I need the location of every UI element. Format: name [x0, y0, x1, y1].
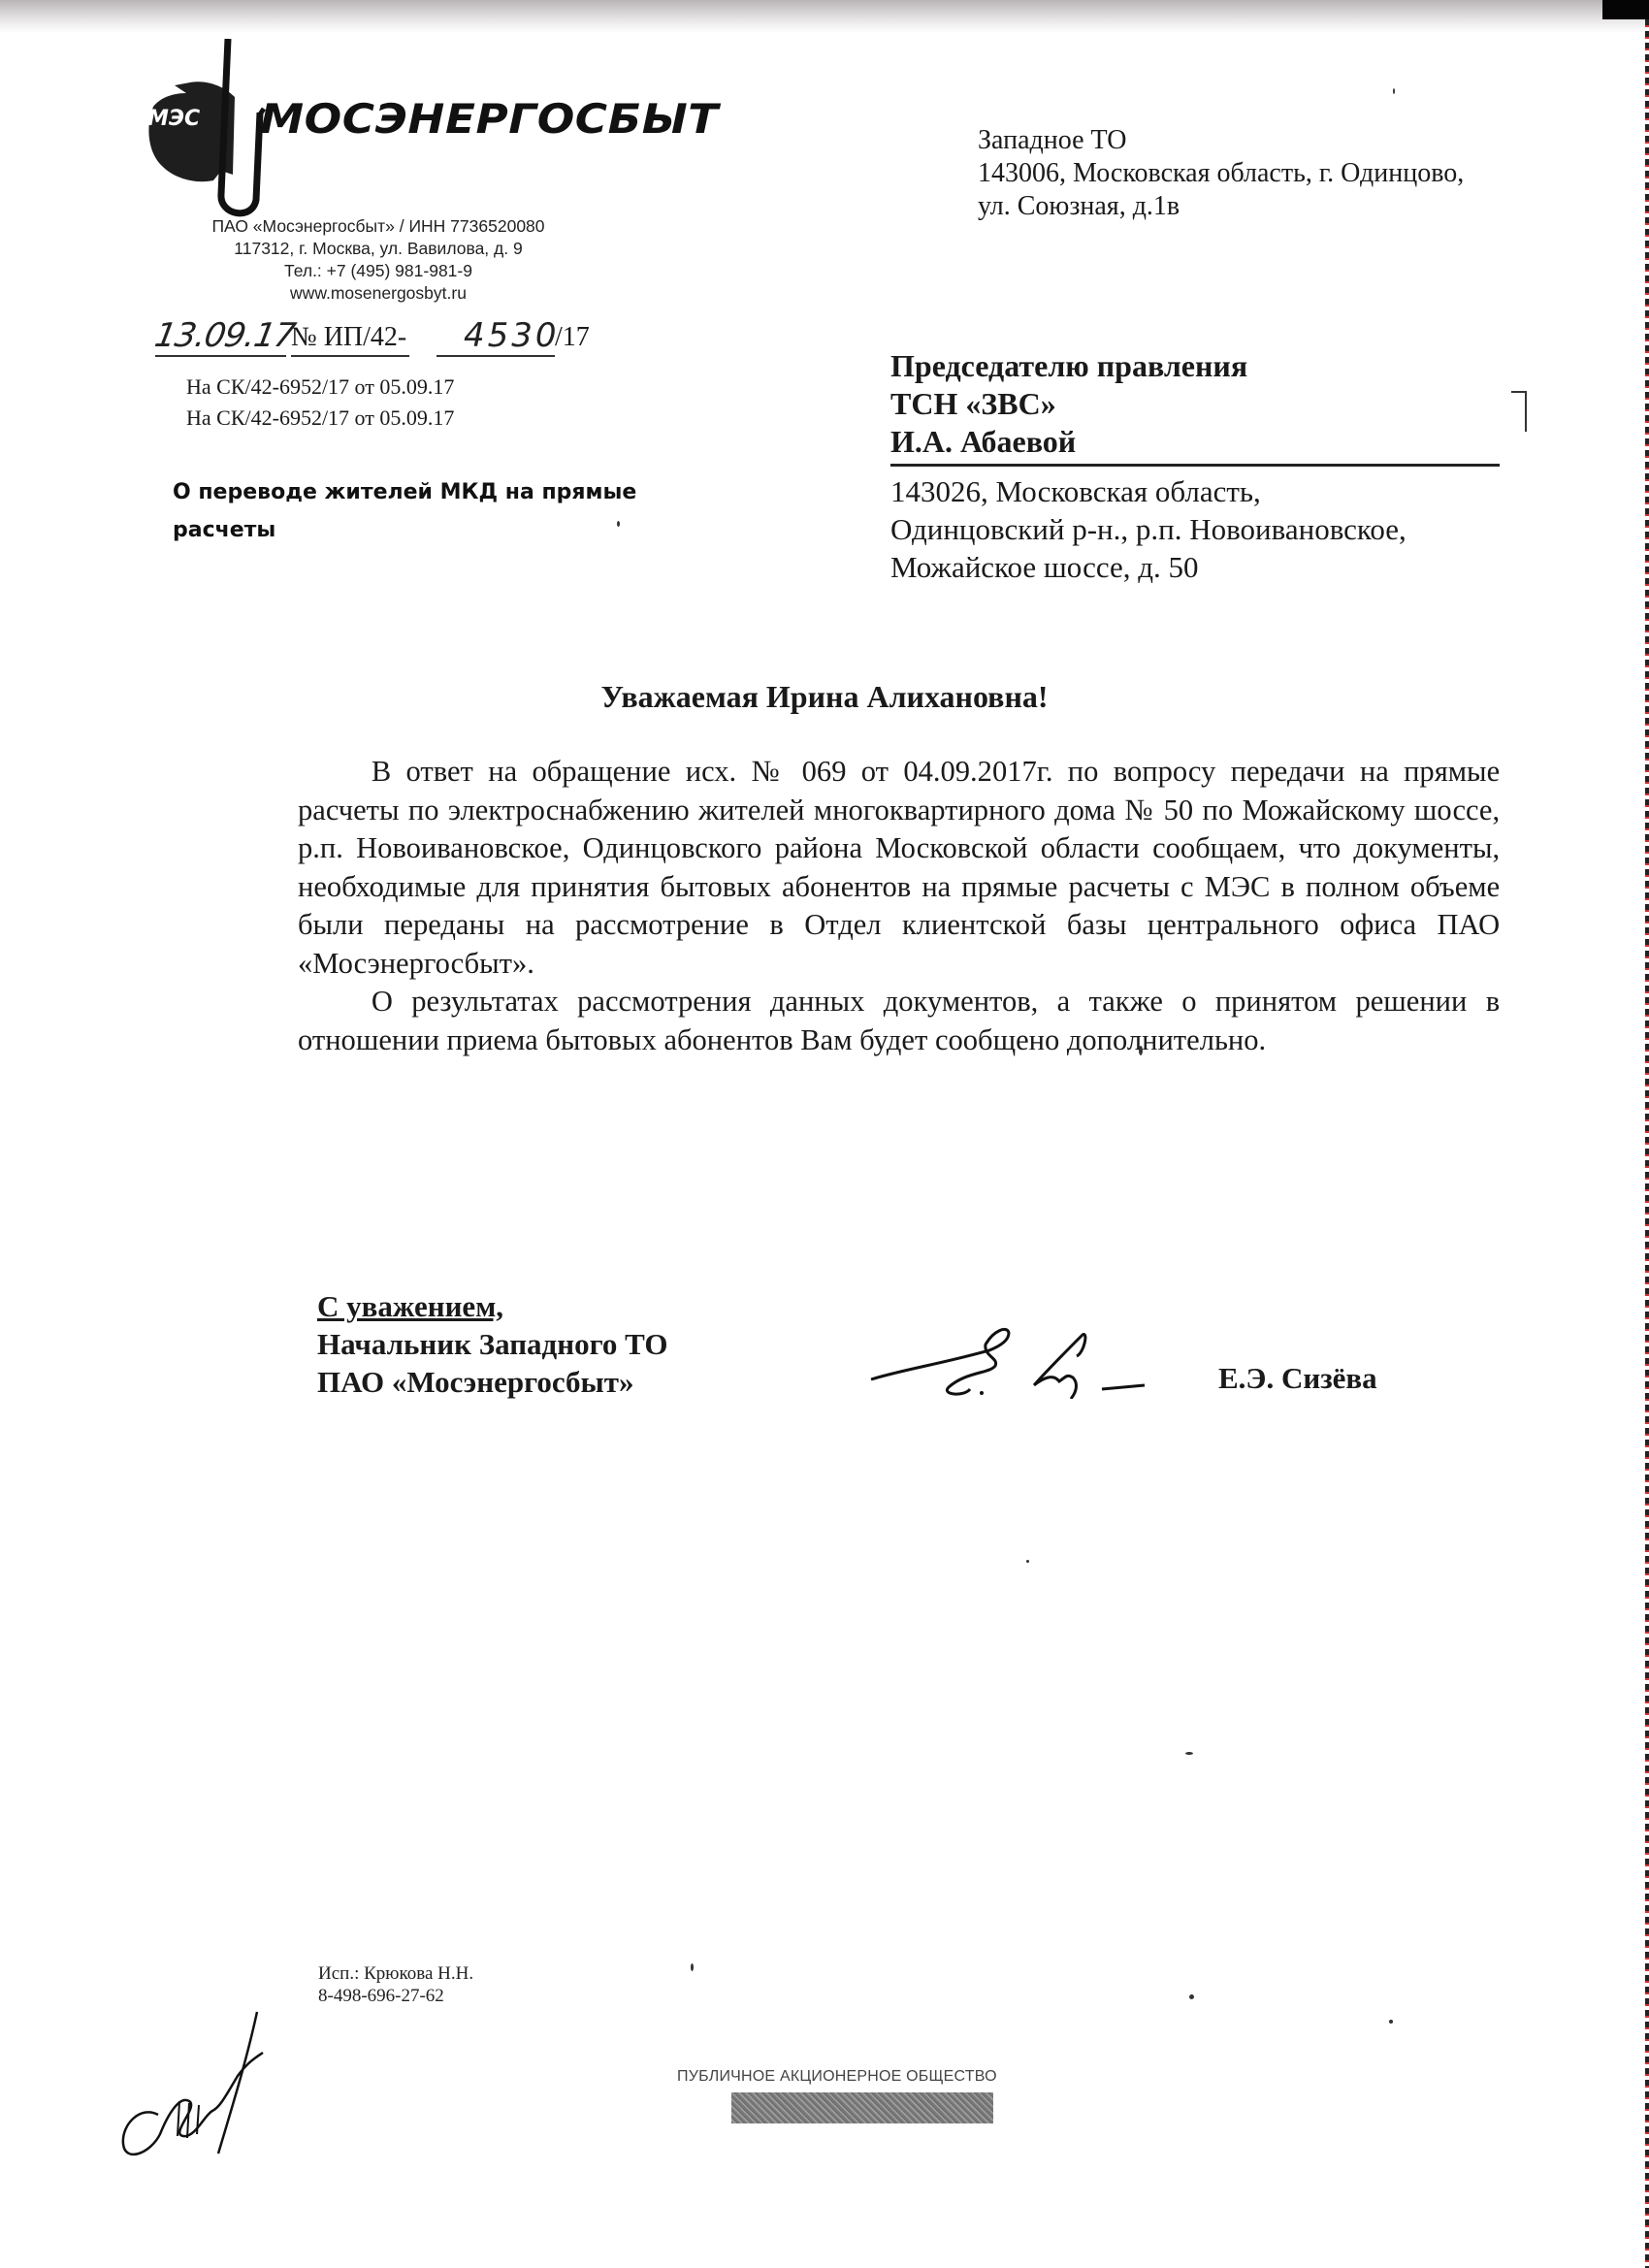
- closing-block: С уважением, Начальник Западного ТО ПАО …: [317, 1287, 668, 1401]
- reference-line: На СК/42-6952/17 от 05.09.17: [186, 403, 454, 434]
- registration-number: 4530: [464, 316, 560, 355]
- logo-title: МОСЭНЕРГОСБЫТ: [260, 95, 719, 143]
- underline: [436, 355, 555, 357]
- body-paragraph: О результатах рассмотрения данных докуме…: [298, 982, 1500, 1058]
- scan-speck: [1389, 2020, 1393, 2024]
- executor-phone: 8-498-696-27-62: [318, 1985, 473, 2007]
- registration-line: 13.09.17 № ИП/42- 4530 /17: [155, 316, 601, 355]
- logo-mark: МЭС: [147, 107, 200, 131]
- scan-corner: [1602, 0, 1649, 19]
- recipient-address-line: 143026, Московская область,: [890, 472, 1500, 510]
- registration-suffix: /17: [555, 322, 590, 353]
- registration-prefix: № ИП/42-: [291, 322, 406, 353]
- company-logo: МЭС МОСЭНЕРГОСБЫТ: [136, 39, 679, 223]
- greeting: Уважаемая Ирина Алихановна!: [0, 679, 1649, 715]
- scan-speck: [1185, 1752, 1193, 1755]
- letter-body: В ответ на обращение исх. № 069 от 04.09…: [298, 752, 1500, 1058]
- recipient-block: Председателю правления ТСН «ЗВС» И.А. Аб…: [890, 347, 1500, 586]
- scan-speck: [691, 1963, 694, 1971]
- registration-date: 13.09.17: [151, 316, 297, 355]
- scan-edge-right: [1645, 19, 1649, 2268]
- letter-subject: О переводе жителей МКД на прямые расчеты: [173, 473, 677, 549]
- signer-organization: ПАО «Мосэнергосбыт»: [317, 1363, 668, 1401]
- recipient-position: Председателю правления: [890, 347, 1500, 385]
- company-website: www.mosenergosbyt.ru: [175, 282, 582, 305]
- body-paragraph: В ответ на обращение исх. № 069 от 04.09…: [298, 752, 1500, 982]
- executor-name: Исп.: Крюкова Н.Н.: [318, 1962, 473, 1985]
- closing-salutation: С уважением,: [317, 1287, 668, 1325]
- signer-position: Начальник Западного ТО: [317, 1325, 668, 1363]
- sender-block: Западное ТО 143006, Московская область, …: [978, 124, 1464, 223]
- recipient-address-line: Одинцовский р-н., р.п. Новоивановское,: [890, 510, 1500, 548]
- company-line: ПАО «Мосэнергосбыт» / ИНН 7736520080: [175, 215, 582, 238]
- stamp-redaction-bar: [731, 2092, 993, 2123]
- scan-speck: [1139, 1046, 1143, 1055]
- underline: [155, 355, 286, 357]
- company-line: 117312, г. Москва, ул. Вавилова, д. 9: [175, 238, 582, 260]
- initials-signature-icon: [112, 2008, 276, 2163]
- reference-line: На СК/42-6952/17 от 05.09.17: [186, 372, 454, 403]
- company-line: Тел.: +7 (495) 981-981-9: [175, 260, 582, 282]
- scan-speck: [617, 521, 620, 527]
- corner-bracket-mark: [1511, 391, 1527, 432]
- recipient-address-line: Можайское шоссе, д. 50: [890, 548, 1500, 586]
- sender-line: 143006, Московская область, г. Одинцово,: [978, 157, 1464, 190]
- sender-line: ул. Союзная, д.1в: [978, 190, 1464, 223]
- scan-speck: [1026, 1560, 1029, 1563]
- scan-speck: [1189, 1994, 1194, 1999]
- stamp-text: ПУБЛИЧНОЕ АКЦИОНЕРНОЕ ОБЩЕСТВО: [677, 2068, 997, 2086]
- scan-shadow-top: [0, 0, 1649, 33]
- recipient-divider: [890, 464, 1500, 467]
- reference-list: На СК/42-6952/17 от 05.09.17 На СК/42-69…: [186, 372, 454, 434]
- underline: [291, 355, 409, 357]
- scan-speck: [1393, 88, 1395, 94]
- executor-block: Исп.: Крюкова Н.Н. 8-498-696-27-62: [318, 1962, 473, 2007]
- recipient-organization: ТСН «ЗВС»: [890, 385, 1500, 423]
- company-info: ПАО «Мосэнергосбыт» / ИНН 7736520080 117…: [175, 215, 582, 305]
- sender-line: Западное ТО: [978, 124, 1464, 157]
- signature-icon: [863, 1321, 1154, 1399]
- signer-name: Е.Э. Сизёва: [1218, 1361, 1377, 1396]
- recipient-name: И.А. Абаевой: [890, 423, 1500, 461]
